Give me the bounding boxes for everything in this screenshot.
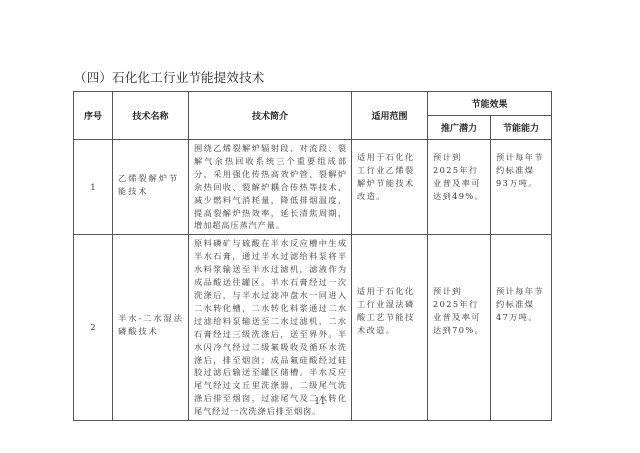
- section-title: （四）石化化工行业节能提效技术: [74, 68, 265, 86]
- cell-name-text: 半水-二水湿法磷酸技术: [118, 312, 185, 338]
- header-capacity: 节能能力: [491, 116, 552, 140]
- header-row: 序号 技术名称 技术简介 适用范围 节能效果: [74, 92, 552, 116]
- header-no: 序号: [74, 92, 113, 140]
- cell-desc: 原料磷矿与硫酸在半水反应槽中生成半水石膏，通过半水过滤给料泵将半水料浆输送至半水…: [189, 235, 352, 421]
- cell-potential: 预计到2025年行业普及率可达到70%。: [428, 235, 491, 421]
- cell-no: 1: [74, 140, 113, 235]
- header-desc: 技术简介: [189, 92, 352, 140]
- cell-capacity: 预计每年节约标准煤 93万吨。: [491, 140, 552, 235]
- cell-scope-text: 适用于石化化工行业湿法磷酸工艺节能技术改造。: [357, 235, 423, 337]
- cell-name: 半水-二水湿法磷酸技术: [113, 235, 189, 421]
- cell-no: 2: [74, 235, 113, 421]
- cell-scope: 适用于石化化工行业乙烯裂解炉节能技术改造。: [352, 140, 428, 235]
- technology-table: 序号 技术名称 技术简介 适用范围 节能效果 推广潜力 节能能力 1 乙烯裂解炉…: [73, 91, 552, 421]
- cell-capacity-text: 预计每年节约标准煤 93万吨。: [496, 140, 547, 190]
- cell-capacity-text: 预计每年节约标准煤 47万吨。: [496, 235, 547, 324]
- cell-desc: 围绕乙烯裂解炉辐射段、对流段、裂解气余热回收系统三个重要组成部分，采用强化传热高…: [189, 140, 352, 235]
- page-number: 11: [0, 397, 640, 407]
- header-scope: 适用范围: [352, 92, 428, 140]
- table-row: 1 乙烯裂解炉节能技术 围绕乙烯裂解炉辐射段、对流段、裂解气余热回收系统三个重要…: [74, 140, 552, 235]
- cell-potential: 预计到2025年行业普及率可达到49%。: [428, 140, 491, 235]
- table-row: 2 半水-二水湿法磷酸技术 原料磷矿与硫酸在半水反应槽中生成半水石膏，通过半水过…: [74, 235, 552, 421]
- header-effect: 节能效果: [428, 92, 552, 116]
- cell-scope: 适用于石化化工行业湿法磷酸工艺节能技术改造。: [352, 235, 428, 421]
- header-name: 技术名称: [113, 92, 189, 140]
- cell-scope-text: 适用于石化化工行业乙烯裂解炉节能技术改造。: [357, 140, 423, 203]
- cell-capacity: 预计每年节约标准煤 47万吨。: [491, 235, 552, 421]
- cell-name-text: 乙烯裂解炉节能技术: [118, 172, 185, 198]
- header-potential: 推广潜力: [428, 116, 491, 140]
- cell-name: 乙烯裂解炉节能技术: [113, 140, 189, 235]
- cell-potential-text: 预计到2025年行业普及率可达到49%。: [433, 140, 486, 203]
- cell-potential-text: 预计到2025年行业普及率可达到70%。: [433, 235, 486, 337]
